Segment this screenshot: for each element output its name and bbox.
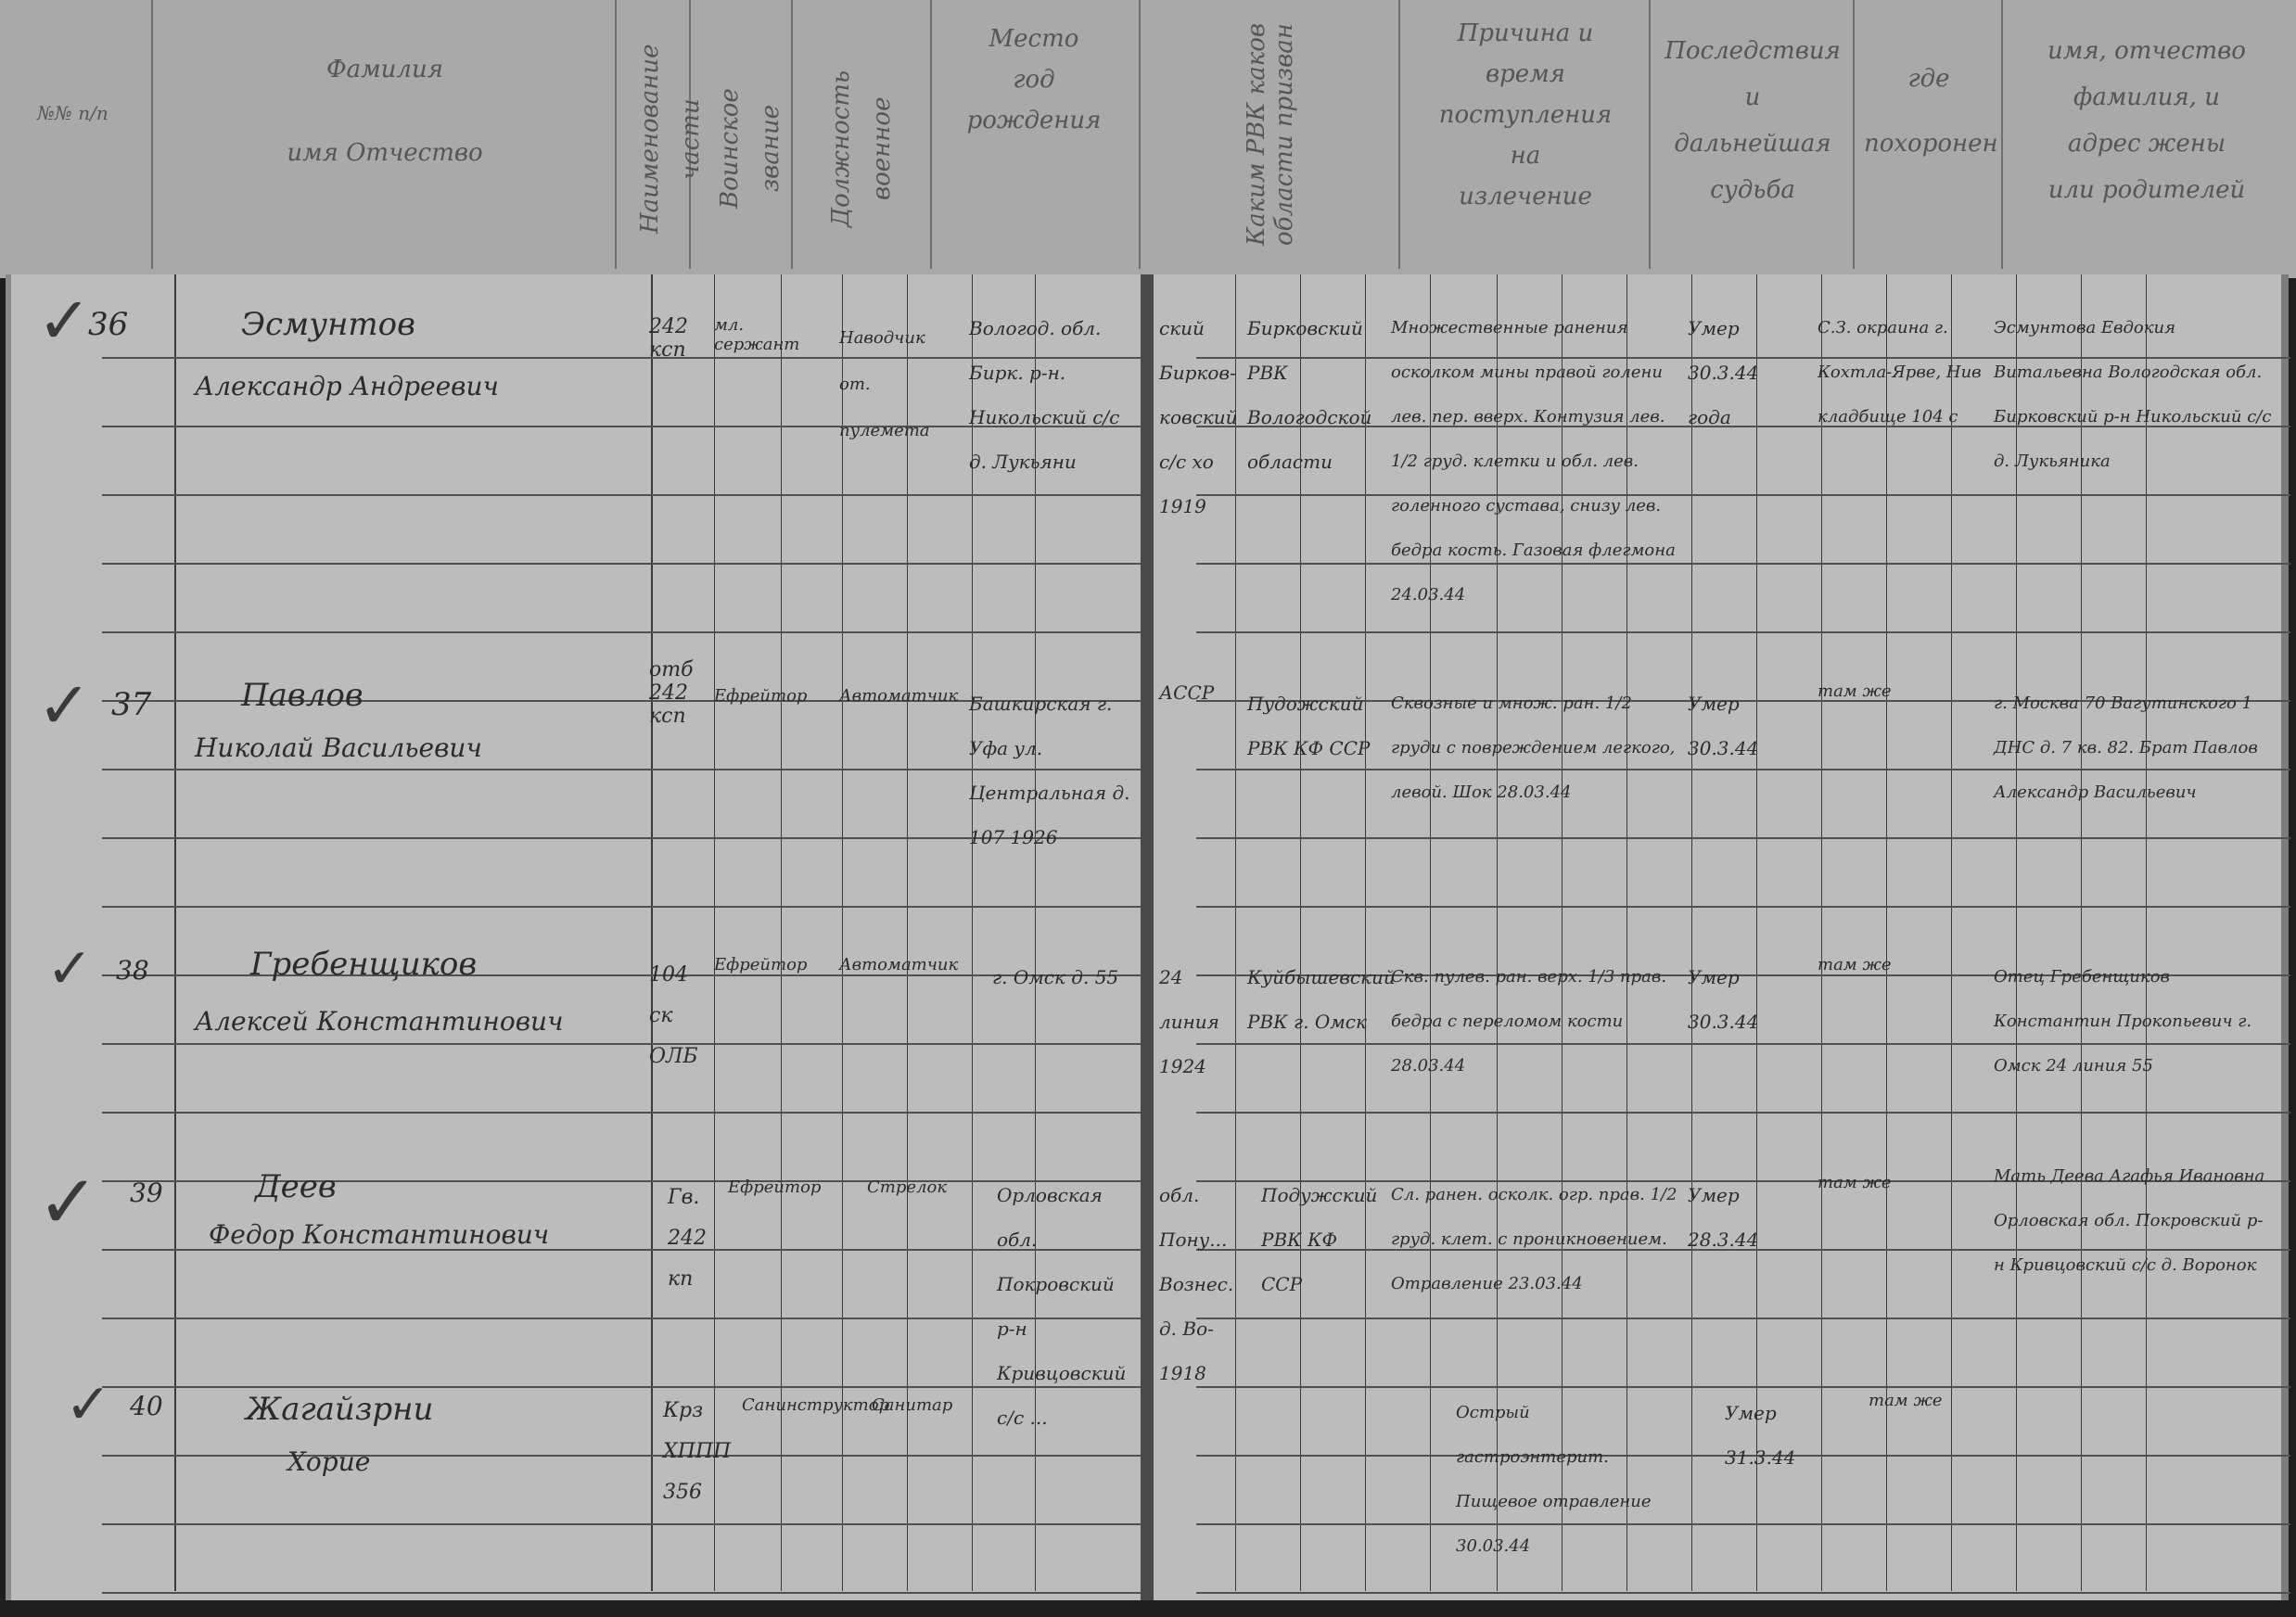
surname: Гребенщиков <box>250 946 477 983</box>
rank: мл. сержант <box>714 315 825 354</box>
outcome: Умер 30.3.44 <box>1688 955 1799 1044</box>
ruled-line <box>1196 563 2290 565</box>
ruled-line <box>1196 1112 2290 1114</box>
unit: 242 ксп <box>649 315 705 362</box>
cause: Сквозные и множ. ран. 1/2 груди с повреж… <box>1391 681 1678 815</box>
checkmark-icon: ✓ <box>37 668 92 744</box>
column-rule <box>174 274 176 1591</box>
ruled-line <box>102 494 1141 496</box>
entry-number: 38 <box>116 955 149 986</box>
cause: Скв. пулев. ран. верх. 1/3 прав. бедра с… <box>1391 955 1678 1089</box>
header-label: Фамилия имя Отчество <box>209 28 561 195</box>
ruled-line <box>102 1043 1141 1045</box>
rvk: Бирковский РВК Вологодской области <box>1247 306 1377 484</box>
header-col-outcome: Последствия и дальнейшая судьба <box>1651 0 1855 269</box>
entry-number: 36 <box>88 306 128 343</box>
surname: Эсмунтов <box>241 306 415 343</box>
position: Автоматчик <box>839 955 958 974</box>
checkmark-icon: ✓ <box>37 283 92 359</box>
entry-number: 40 <box>130 1391 163 1421</box>
burial-place: там же <box>1818 1173 1892 1192</box>
position: Стрелок <box>867 1178 947 1197</box>
ruled-line <box>102 906 1141 908</box>
birthplace: Орловская обл. Покровский р-н Кривцовски… <box>997 1173 1136 1440</box>
entry-number: 39 <box>130 1178 163 1208</box>
outcome: Умер 30.3.44 <box>1688 681 1799 770</box>
header-label: Последствия и дальнейшая судьба <box>1660 28 1845 213</box>
surname: Жагайзрни <box>246 1391 433 1428</box>
column-rule <box>1951 274 1952 1591</box>
birthplace: Вологод. обл. Бирк. р-н. Никольский с/с … <box>969 306 1136 484</box>
cause: Множественные ранения осколком мины прав… <box>1391 306 1678 618</box>
rank: Ефрейтор <box>714 686 807 706</box>
header-col-position: Должность военное <box>793 0 932 269</box>
relatives: г. Москва 70 Вагутинского 1 ДНС д. 7 кв.… <box>1994 681 2272 815</box>
ruled-line <box>1196 1386 2290 1388</box>
birth-year: ский Бирков-ковский с/с хо 1919 <box>1159 306 1243 528</box>
header-label: имя, отчество фамилия, и адрес жены или … <box>2012 28 2281 213</box>
header-col-rvk: Каким РВК каков области призван <box>1159 0 1400 269</box>
column-rule <box>781 274 782 1591</box>
header-col-name: Фамилия имя Отчество <box>153 0 617 269</box>
header-label: Место год рождения <box>960 19 1108 141</box>
name-patronymic: Александр Андреевич <box>195 371 499 401</box>
ruled-line <box>1196 494 2290 496</box>
checkmark-icon: ✓ <box>37 1159 99 1245</box>
unit: Крз ХППП 356 <box>663 1391 709 1513</box>
ruled-line <box>1196 1318 2290 1319</box>
column-rule <box>714 274 715 1591</box>
rank: Санинструктор <box>742 1395 889 1415</box>
header-label: где похоронен <box>1864 46 1994 176</box>
column-rule <box>907 274 908 1591</box>
birth-year: АССР <box>1159 681 1214 704</box>
header-label: Каким РВК каков области призван <box>1243 19 1298 250</box>
ruled-line <box>1196 1592 2290 1594</box>
name-patronymic: Федор Константинович <box>209 1219 549 1250</box>
outcome: Умер 28.3.44 <box>1688 1173 1799 1262</box>
ruled-line <box>102 1112 1141 1114</box>
birth-year: обл. Пону... Вознес. д. Во- 1918 <box>1159 1173 1252 1395</box>
cause: Сл. ранен. осколк. огр. прав. 1/2 груд. … <box>1391 1173 1678 1306</box>
unit: 104 ск ОЛБ <box>649 955 705 1077</box>
header-col-birth: Место год рождения <box>932 0 1141 269</box>
birth-year: 24 линия 1924 <box>1159 955 1243 1089</box>
outcome: Умер 30.3.44 года <box>1688 306 1799 439</box>
column-rule <box>1691 274 1692 1591</box>
column-rule <box>651 274 653 1591</box>
burial-place: там же <box>1818 681 1984 701</box>
name-patronymic: Николай Васильевич <box>195 732 482 763</box>
unit: Гв. 242 кп <box>668 1178 714 1300</box>
surname: Павлов <box>241 677 364 714</box>
header-col-burial: где похоронен <box>1855 0 2003 269</box>
column-rule <box>1821 274 1822 1591</box>
relatives: Отец Гребенщиков Константин Прокопьевич … <box>1994 955 2272 1089</box>
relatives: Мать Деева Агафья Ивановна Орловская обл… <box>1994 1154 2272 1288</box>
entry-number: 37 <box>111 686 151 723</box>
position: Наводчик от. пулемета <box>839 315 950 454</box>
rvk: Пудожский РВК КФ ССР <box>1247 681 1377 770</box>
ruled-line <box>1196 631 2290 633</box>
surname: Деев <box>255 1168 337 1205</box>
rank: Ефрейтор <box>728 1178 821 1197</box>
ruled-line <box>1196 1523 2290 1525</box>
position: Санитар <box>872 1395 952 1415</box>
ruled-line <box>102 1592 1141 1594</box>
ruled-line <box>102 631 1141 633</box>
name-patronymic: Хорие <box>287 1446 370 1477</box>
rvk: Подужский РВК КФ ССР <box>1261 1173 1382 1306</box>
header-label: №№ п/п <box>37 93 108 134</box>
ruled-line <box>102 1386 1141 1388</box>
unit: отб 242 ксп <box>649 658 705 728</box>
ruled-line <box>102 1318 1141 1319</box>
rvk: Куйбышевский РВК г. Омск <box>1247 955 1377 1044</box>
column-rule <box>842 274 843 1591</box>
header-label: Причина и время поступления на излечение <box>1419 13 1632 217</box>
burial-place: там же <box>1818 955 1892 974</box>
cause: Острый гастроэнтерит. Пищевое отравление… <box>1456 1391 1678 1569</box>
header-col-number: №№ п/п <box>0 0 153 269</box>
header-col-cause: Причина и время поступления на излечение <box>1400 0 1651 269</box>
rank: Ефрейтор <box>714 955 807 974</box>
ruled-line <box>102 1455 1141 1457</box>
birthplace: Башкирская г. Уфа ул. Центральная д. 107… <box>969 681 1136 859</box>
header-col-unit: Наименование части <box>617 0 691 269</box>
relatives: Эсмунтова Евдокия Витальевна Вологодская… <box>1994 306 2272 484</box>
position: Автоматчик <box>839 686 958 706</box>
burial-place: там же <box>1869 1391 1943 1410</box>
outcome: Умер 31.3.44 <box>1725 1391 1818 1480</box>
header-col-rank: Воинское звание <box>691 0 793 269</box>
ruled-line <box>1196 906 2290 908</box>
checkmark-icon: ✓ <box>65 1372 111 1437</box>
header-label: Воинское звание <box>709 56 791 241</box>
header-label: Должность военное <box>821 56 902 241</box>
burial-place: С.З. окраина г. Кохтла-Ярве, Нив кладбищ… <box>1818 306 1984 439</box>
ruled-line <box>102 563 1141 565</box>
ruled-line <box>1196 837 2290 839</box>
header-flap: №№ п/п Фамилия имя Отчество Наименование… <box>0 0 2296 278</box>
header-col-relatives: имя, отчество фамилия, и адрес жены или … <box>2003 0 2296 269</box>
ruled-line <box>102 1523 1141 1525</box>
checkmark-icon: ✓ <box>46 936 93 1001</box>
name-patronymic: Алексей Константинович <box>195 1006 563 1037</box>
birthplace: г. Омск д. 55 <box>992 955 1122 999</box>
